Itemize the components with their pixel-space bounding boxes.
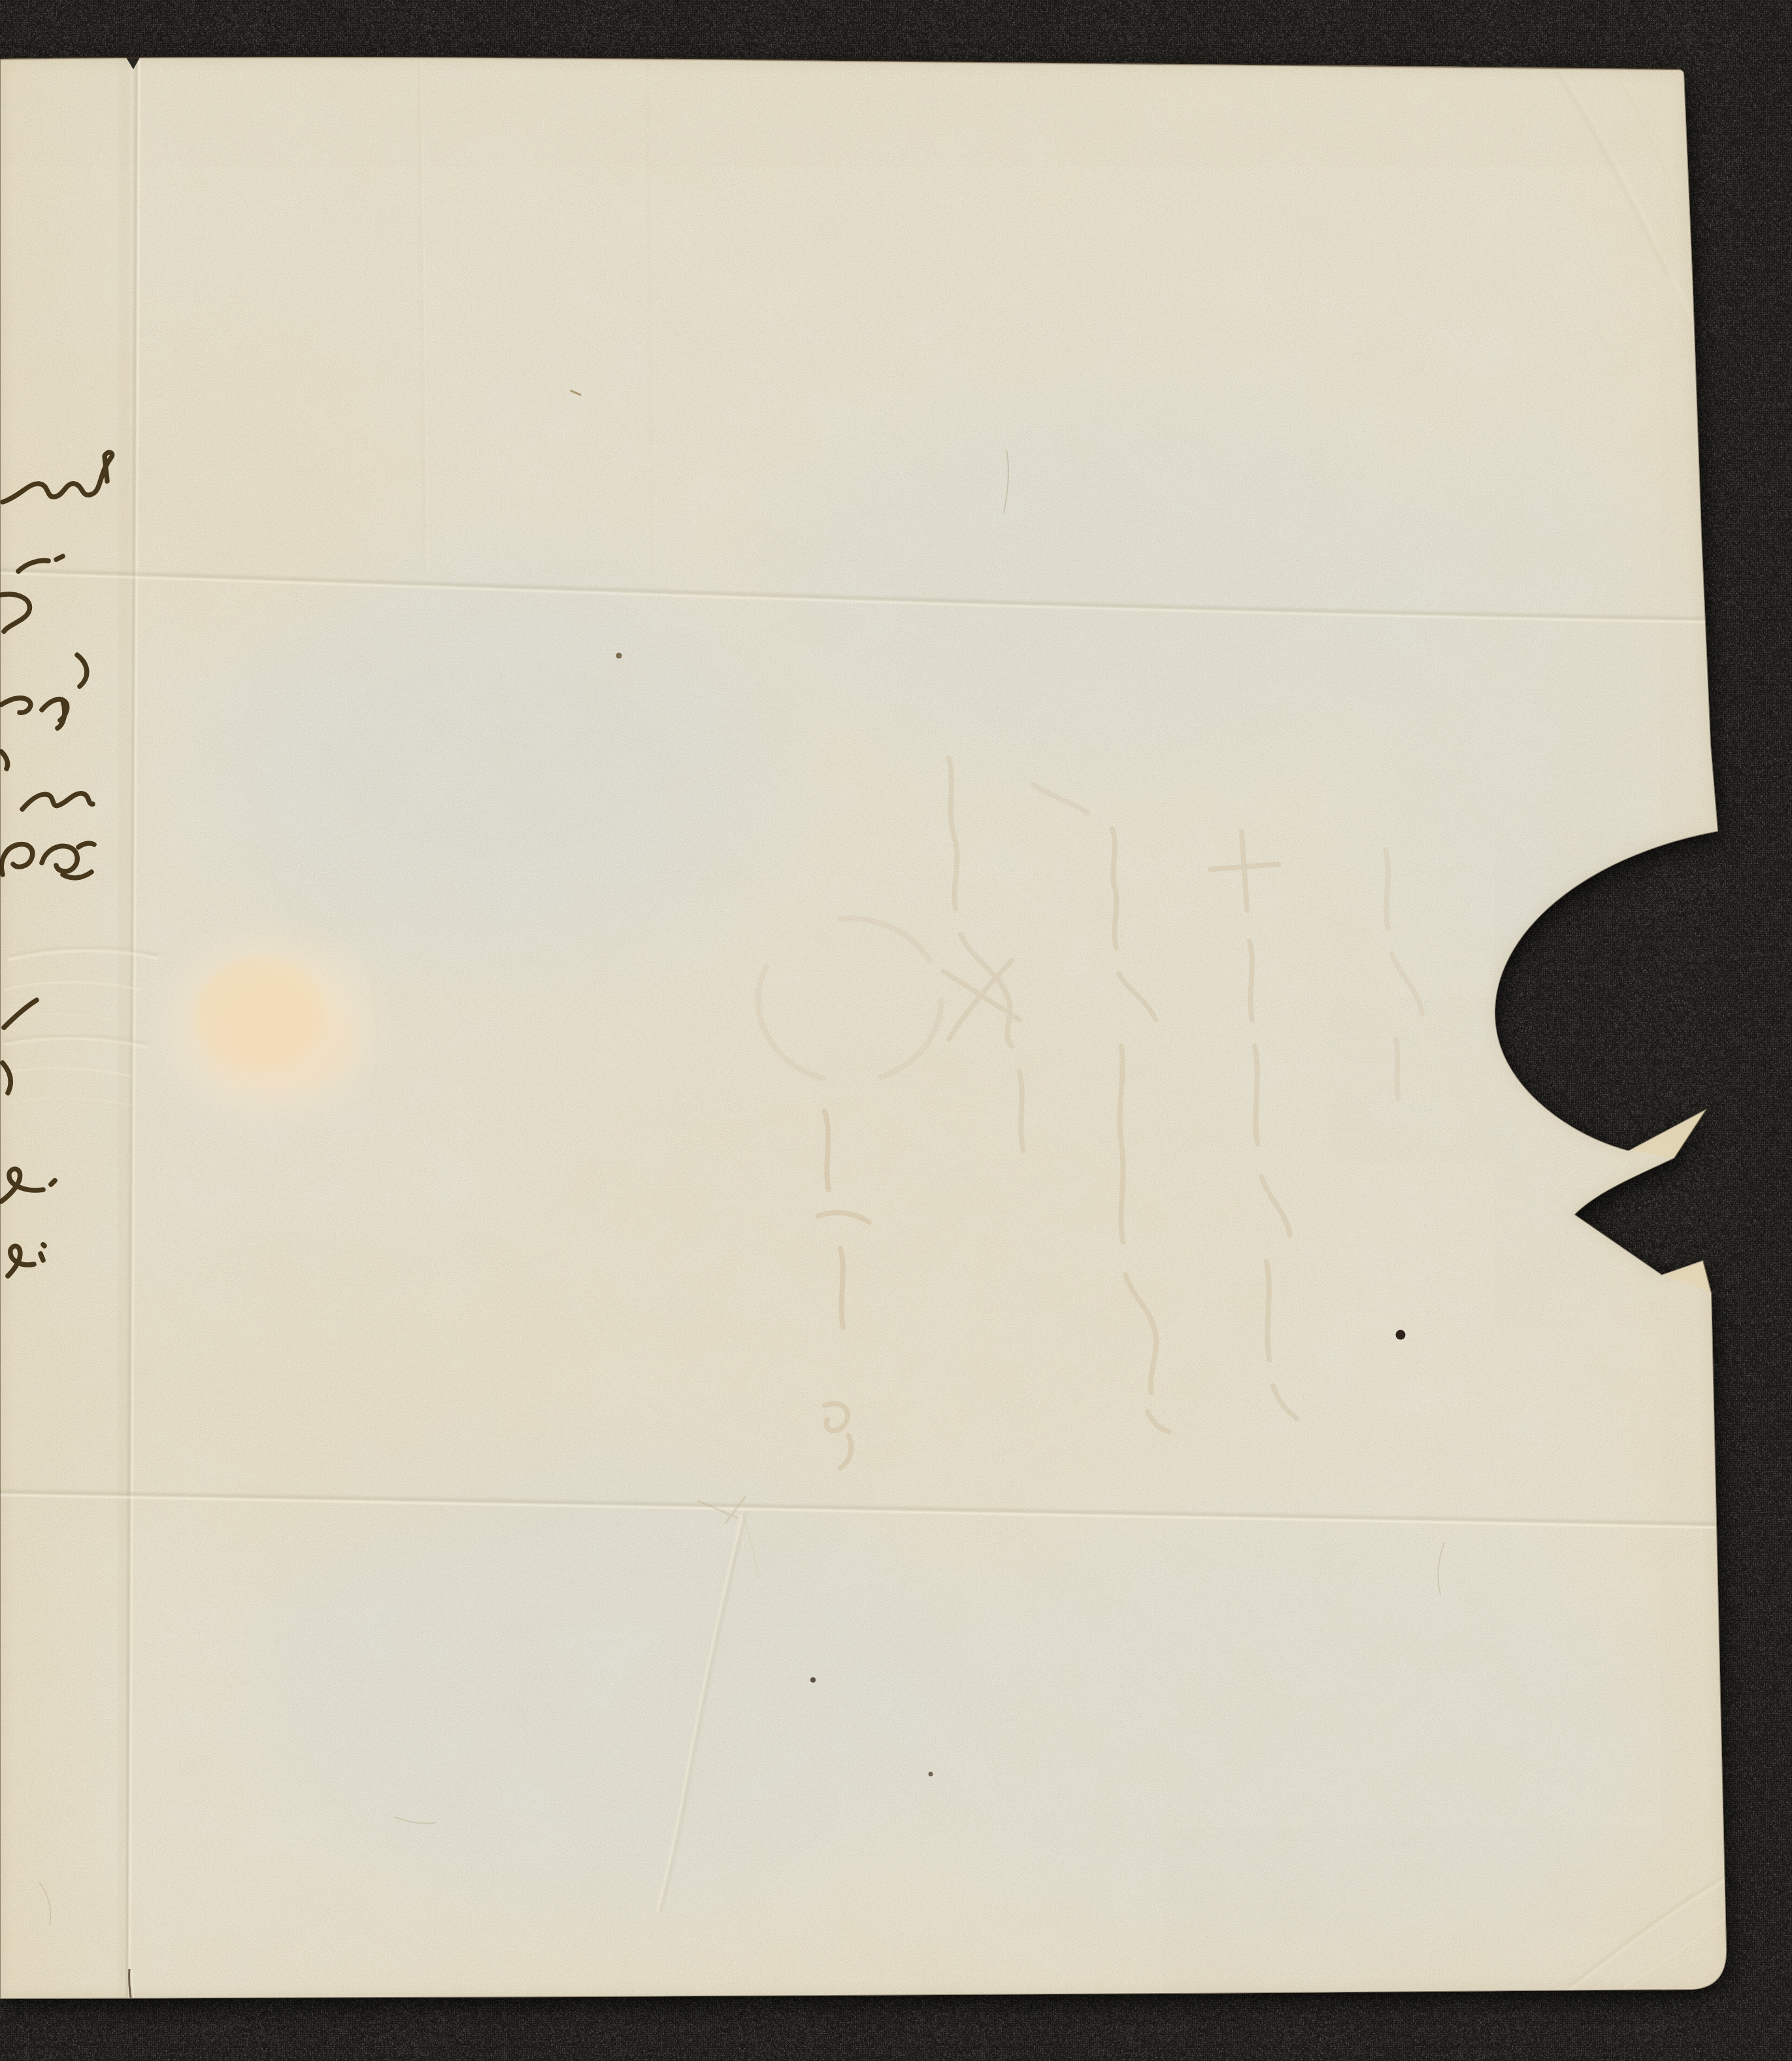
seal-stain-blush (203, 1000, 359, 1092)
ink-speck-dot (616, 653, 622, 659)
letter-scan (0, 0, 1792, 2061)
letter-scan-svg (0, 0, 1792, 2061)
ink-speck-dot (1396, 1330, 1406, 1340)
ink-speck-dot (929, 1772, 933, 1777)
seal-stain (147, 920, 395, 1132)
ink-speck-dot (810, 1677, 816, 1683)
